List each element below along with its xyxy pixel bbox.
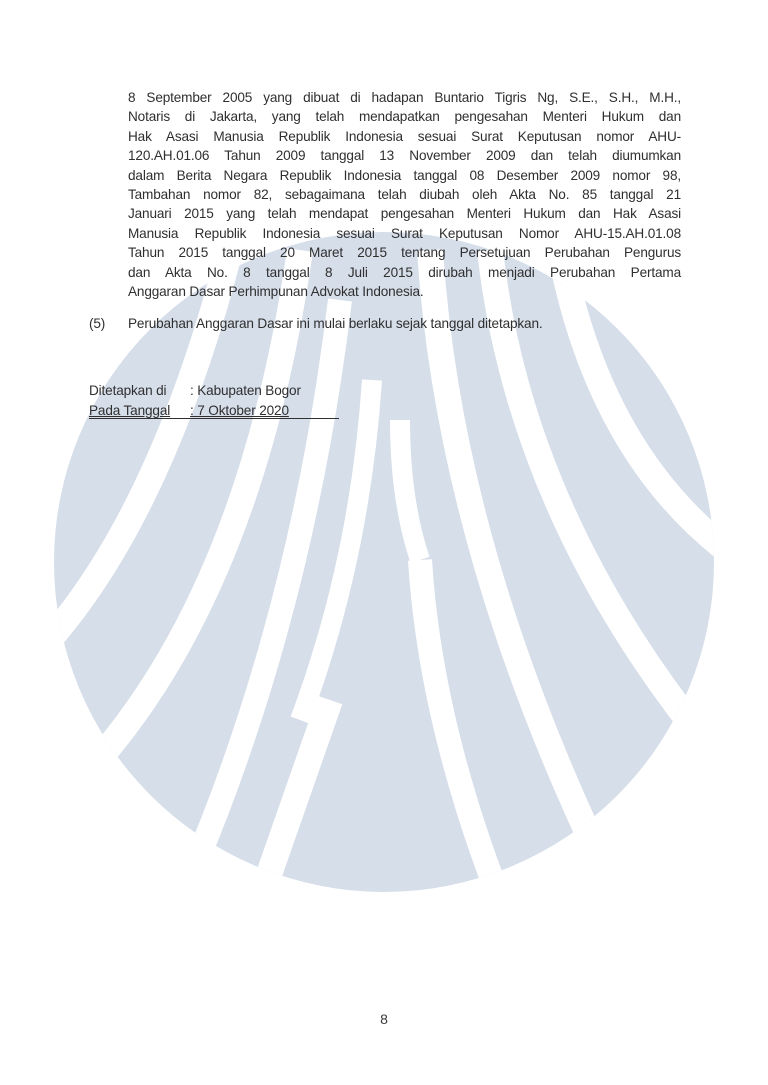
paragraph-line: dan Akta No. 8 tanggal 8 Juli 2015 dirub… <box>128 263 681 282</box>
paragraph-line: Tahun 2015 tanggal 20 Maret 2015 tentang… <box>128 243 681 262</box>
paragraph-line: Manusia Republik Indonesia sesuai Surat … <box>128 224 681 243</box>
signature-block: Ditetapkan di : Kabupaten Bogor Pada Tan… <box>89 381 349 421</box>
paragraph-line: Notaris di Jakarta, yang telah mendapatk… <box>128 107 681 126</box>
article-paragraph-continuation: 8 September 2005 yang dibuat di hadapan … <box>128 88 681 301</box>
item-text: Perubahan Anggaran Dasar ini mulai berla… <box>128 314 543 333</box>
paragraph-line: dalam Berita Negara Republik Indonesia t… <box>128 166 681 185</box>
paragraph-line: Tambahan nomor 82, sebagaimana telah diu… <box>128 185 681 204</box>
place-label: Ditetapkan di <box>89 381 166 401</box>
place-row: Ditetapkan di : Kabupaten Bogor <box>89 381 349 401</box>
date-underline <box>89 418 339 419</box>
page-number: 8 <box>0 1011 768 1027</box>
paragraph-line: Januari 2015 yang telah mendapat pengesa… <box>128 204 681 223</box>
item-number: (5) <box>89 314 105 333</box>
place-value: : Kabupaten Bogor <box>190 381 301 401</box>
paragraph-line: 120.AH.01.06 Tahun 2009 tanggal 13 Novem… <box>128 146 681 165</box>
paragraph-line: 8 September 2005 yang dibuat di hadapan … <box>128 88 681 107</box>
paragraph-line: Hak Asasi Manusia Republik Indonesia ses… <box>128 127 681 146</box>
document-page: 8 September 2005 yang dibuat di hadapan … <box>0 0 768 1085</box>
paragraph-line: Anggaran Dasar Perhimpunan Advokat Indon… <box>128 282 681 301</box>
date-row: Pada Tanggal : 7 Oktober 2020 <box>89 401 349 421</box>
